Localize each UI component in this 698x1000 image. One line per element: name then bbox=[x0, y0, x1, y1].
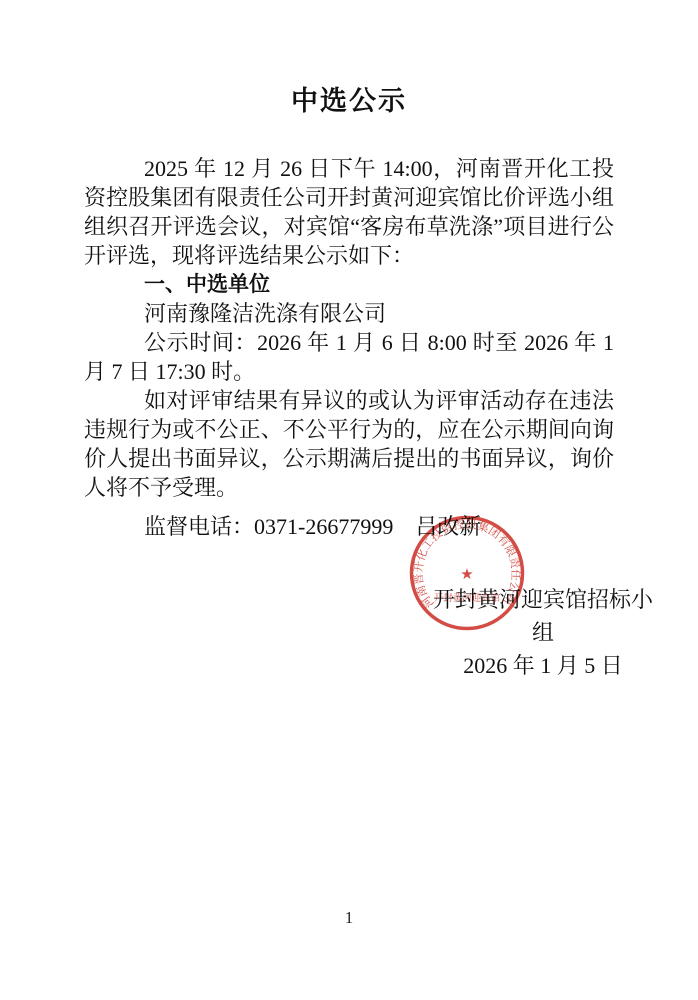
page-title: 中选公示 bbox=[0, 86, 698, 116]
document-page: 中选公示 2025 年 12 月 26 日下午 14:00，河南晋开化工投资控股… bbox=[0, 0, 698, 1000]
winner-company-name: 河南豫隆洁洗涤有限公司 bbox=[84, 299, 614, 328]
page-number: 1 bbox=[0, 908, 698, 928]
signature-date: 2026 年 1 月 5 日 bbox=[433, 649, 653, 682]
paragraph-publicity-period: 公示时间：2026 年 1 月 6 日 8:00 时至 2026 年 1 月 7… bbox=[84, 328, 614, 386]
seal-star-icon: ★ bbox=[460, 567, 473, 583]
signature-block: 开封黄河迎宾馆招标小组 2026 年 1 月 5 日 bbox=[433, 583, 653, 682]
supervision-phone-line: 监督电话：0371-26677999 吕改新 bbox=[84, 512, 614, 541]
paragraph-intro: 2025 年 12 月 26 日下午 14:00，河南晋开化工投资控股集团有限责… bbox=[84, 154, 614, 270]
signer-organization: 开封黄河迎宾馆招标小组 bbox=[433, 583, 653, 649]
document-body: 2025 年 12 月 26 日下午 14:00，河南晋开化工投资控股集团有限责… bbox=[84, 154, 614, 541]
section-heading-winner: 一、中选单位 bbox=[84, 270, 614, 299]
paragraph-objection-notice: 如对评审结果有异议的或认为评审活动存在违法违规行为或不公正、不公平行为的，应在公… bbox=[84, 386, 614, 502]
